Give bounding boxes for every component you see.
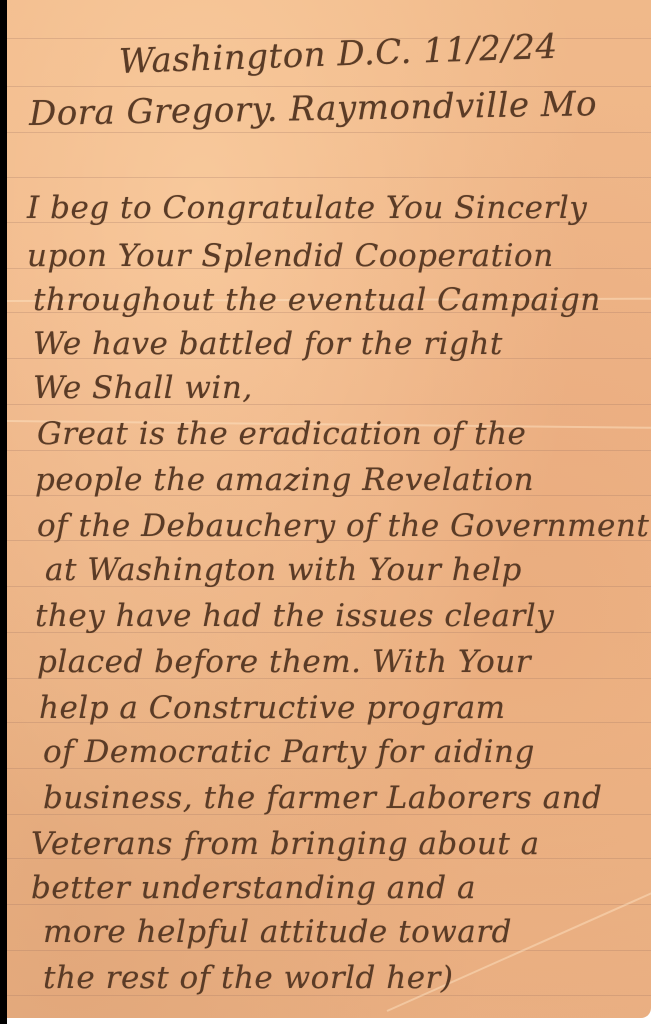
letter-line: placed before them. With Your: [37, 644, 531, 680]
letter-paper: Washington D.C. 11/2/24 Dora Gregory. Ra…: [7, 0, 651, 1018]
letter-line: more helpful attitude toward: [43, 914, 512, 950]
ruled-line: [7, 950, 651, 951]
letter-line: of Democratic Party for aiding: [43, 734, 535, 770]
letter-line: business, the farmer Laborers and: [43, 780, 602, 816]
ruled-line: [7, 177, 651, 178]
letter-line: they have had the issues clearly: [35, 598, 554, 634]
letter-line: Great is the eradication of the: [37, 416, 526, 452]
letter-line: people the amazing Revelation: [35, 462, 534, 498]
letter-line: Veterans from bringing about a: [31, 826, 540, 862]
letter-line: upon Your Splendid Cooperation: [27, 238, 554, 274]
place-date-line: Washington D.C. 11/2/24: [118, 27, 558, 82]
letter-line: We have battled for the right: [33, 326, 503, 362]
letter-line: I beg to Congratulate You Sincerly: [27, 190, 587, 226]
recipient-line: Dora Gregory. Raymondville Mo: [29, 84, 598, 134]
letter-line: better understanding and a: [31, 870, 476, 906]
scan-border: [0, 0, 7, 1024]
letter-line: throughout the eventual Campaign: [33, 282, 601, 318]
letter-line: help a Constructive program: [39, 690, 506, 726]
letter-line: of the Debauchery of the Government: [37, 508, 649, 544]
letter-line: We Shall win,: [33, 370, 253, 406]
letter-line: at Washington with Your help: [45, 552, 522, 588]
letter-line: the rest of the world her): [43, 960, 453, 996]
